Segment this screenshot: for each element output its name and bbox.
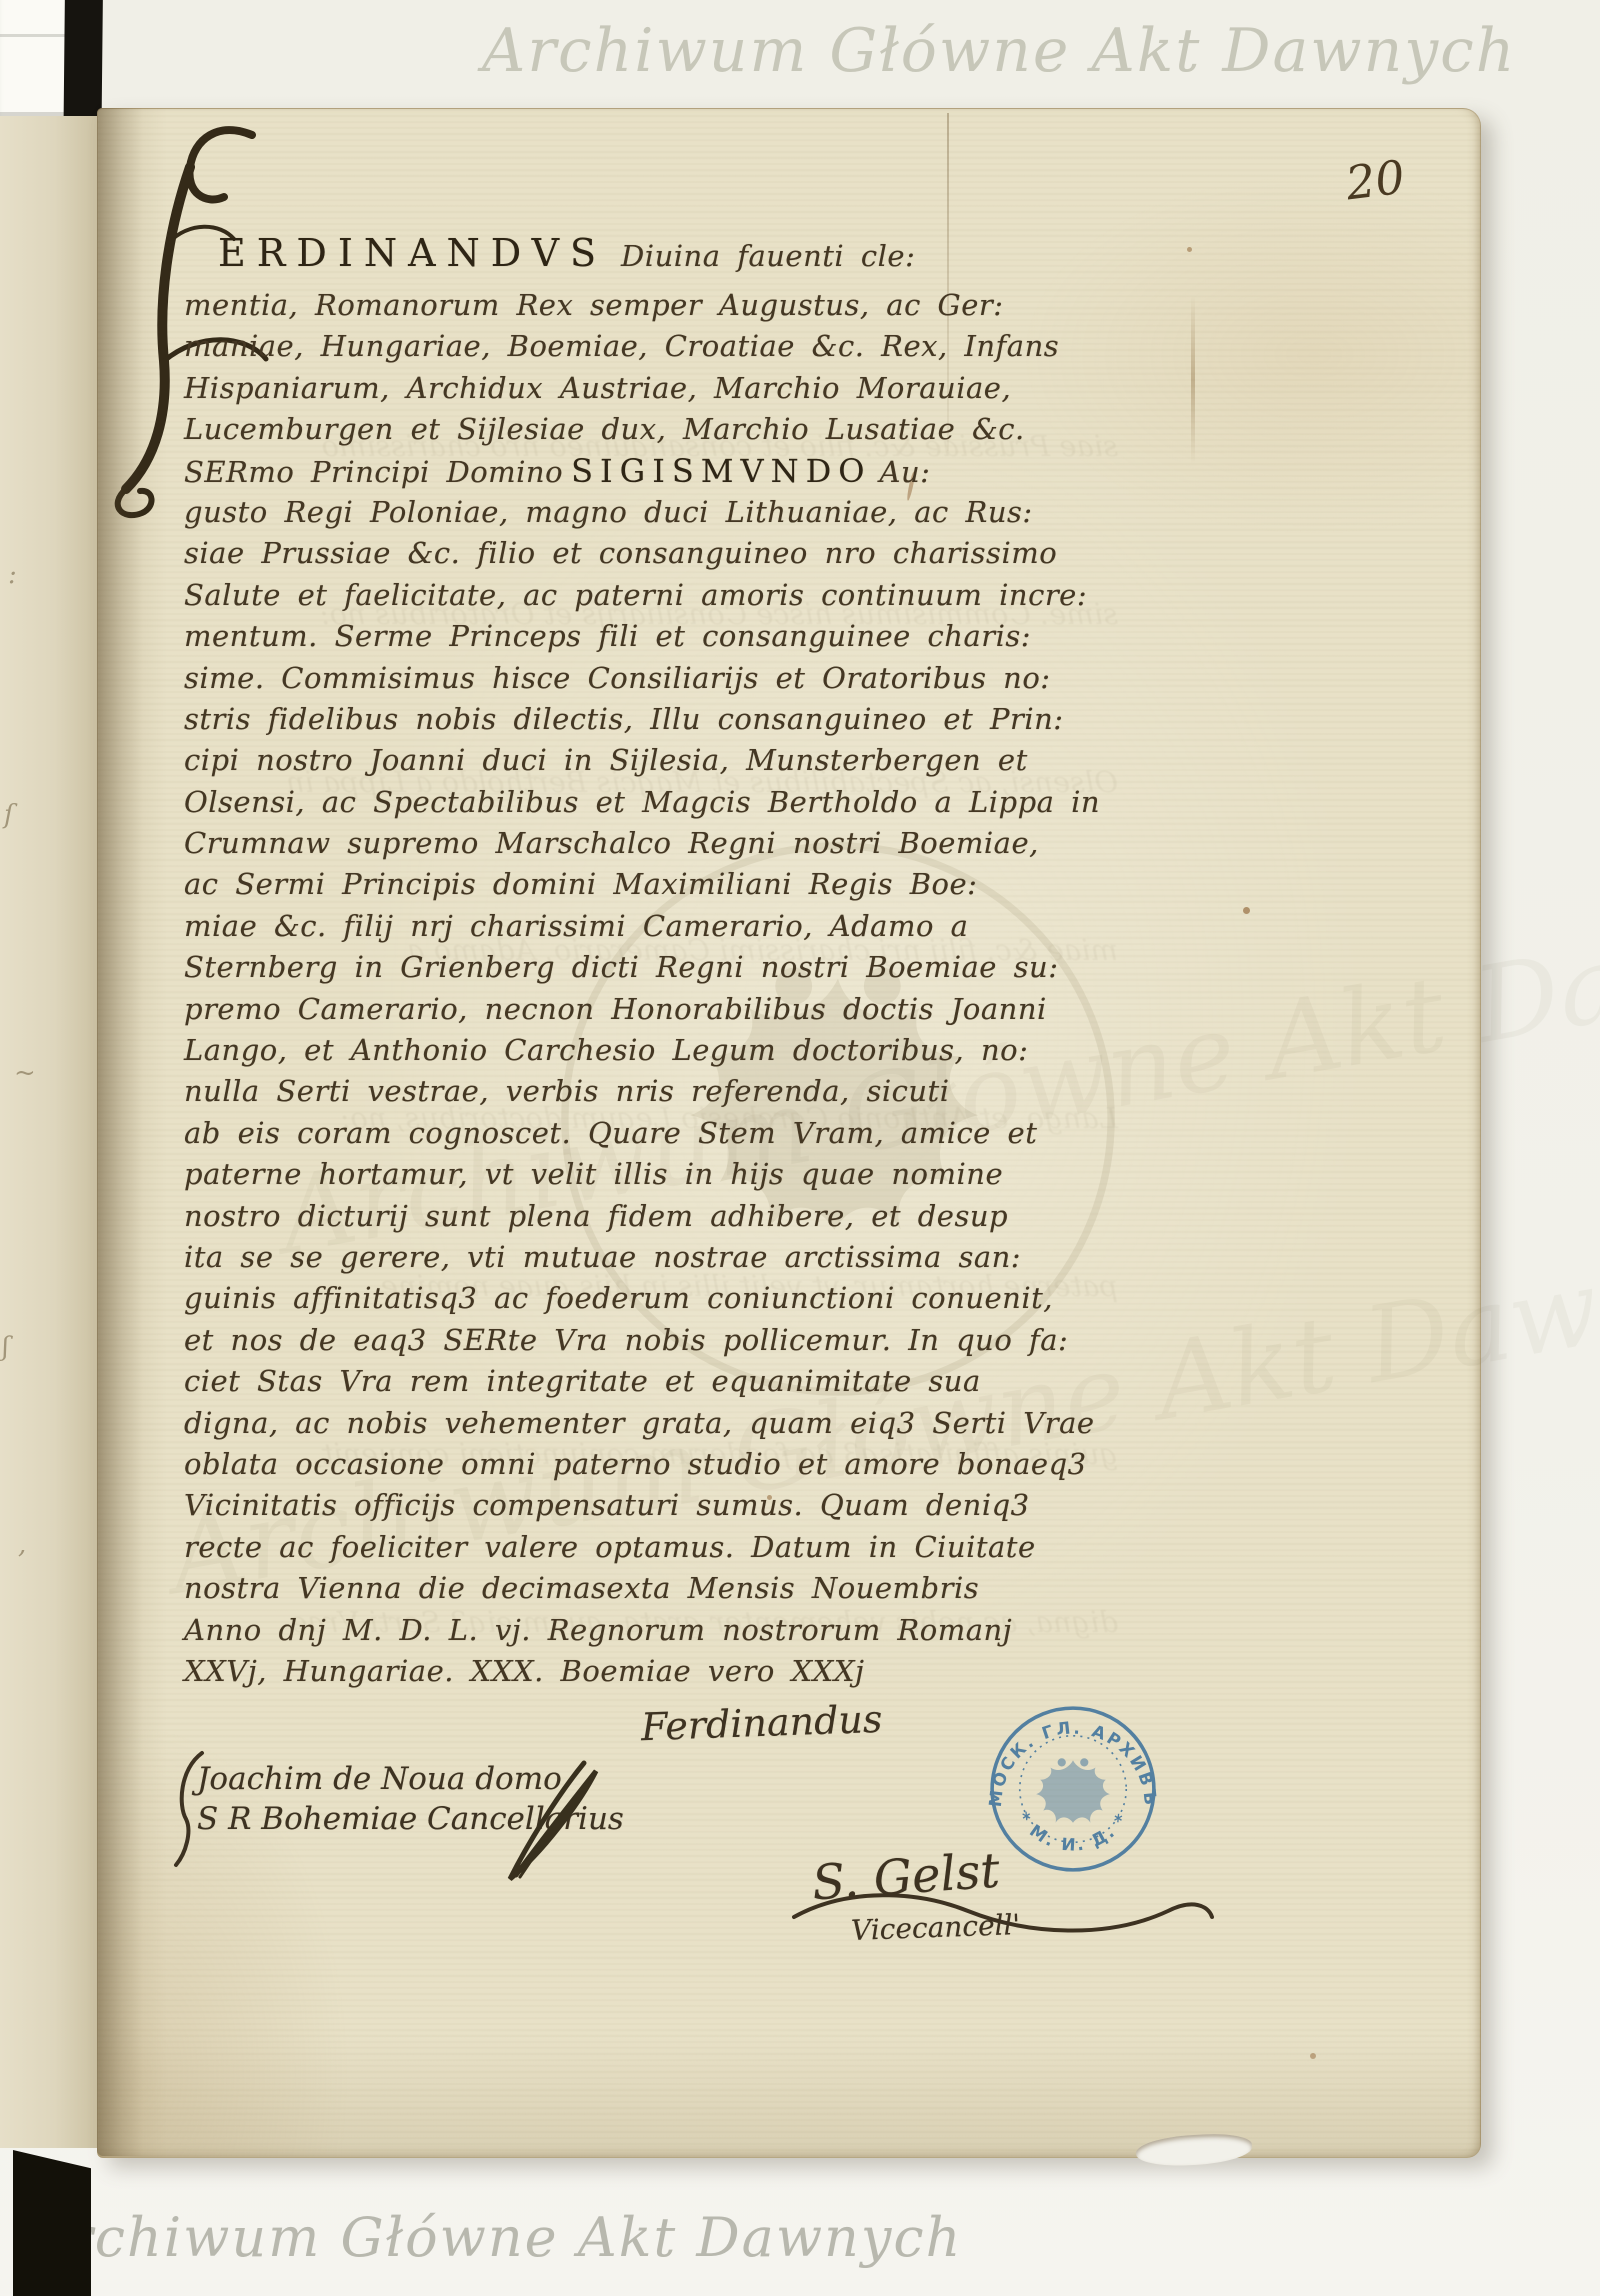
manuscript-line: nostro dicturij sunt plena fidem adhiber…	[184, 1196, 1144, 1237]
page-number: 20	[1343, 150, 1408, 211]
chancellor-pen-flourish-icon	[496, 1757, 606, 1887]
manuscript-line: recte ac foeliciter valere optamus. Datu…	[184, 1527, 1144, 1568]
line-text: Sternberg in Grienberg dicti Regni nostr…	[184, 950, 1058, 984]
line-text: mentia, Romanorum Rex semper Augustus, a…	[184, 288, 1004, 322]
line-text: Salute et faelicitate, ac paterni amoris…	[184, 578, 1087, 612]
manuscript-line: siae Prussiae &c. filio et consanguineo …	[184, 533, 1144, 574]
line-text: mentum. Serme Princeps fili et consangui…	[184, 619, 1031, 653]
line-text: paterne hortamur, vt velit illis in hijs…	[184, 1157, 1003, 1191]
paper-tear	[1135, 2132, 1252, 2168]
fox-spot	[1243, 907, 1250, 914]
manuscript-line: Sternberg in Grienberg dicti Regni nostr…	[184, 947, 1144, 988]
line-text: nostra Vienna die decimasexta Mensis Nou…	[184, 1571, 979, 1605]
fox-spot	[1310, 2053, 1316, 2059]
line-text: guinis affinitatisq3 ac foederum coniunc…	[184, 1281, 1053, 1315]
manuscript-line: stris fidelibus nobis dilectis, Illu con…	[184, 699, 1144, 740]
line-text: SERmo Principi Domino	[184, 455, 563, 489]
line-text: maniae, Hungariae, Boemiae, Croatiae &c.…	[184, 329, 1059, 363]
manuscript-line: ac Sermi Principis domini Maximiliani Re…	[184, 864, 1144, 905]
paper-streak	[1191, 295, 1195, 465]
manuscript-line: Olsensi, ac Spectabilibus et Magcis Bert…	[184, 782, 1144, 823]
manuscript-line: cipi nostro Joanni duci in Sijlesia, Mun…	[184, 740, 1144, 781]
previous-page-edge	[0, 116, 99, 2148]
manuscript-line: XXVj, Hungariae. XXX. Boemiae vero XXXj	[184, 1651, 1144, 1692]
manuscript-line: Hispaniarum, Archidux Austriae, Marchio …	[184, 368, 1144, 409]
manuscript-line: mentia, Romanorum Rex semper Augustus, a…	[184, 285, 1144, 326]
line-text: XXVj, Hungariae. XXX. Boemiae vero XXXj	[184, 1654, 864, 1688]
fox-spot	[1187, 247, 1192, 252]
margin-mark: :	[8, 560, 17, 590]
line-text: sime. Commisimus hisce Consiliarijs et O…	[184, 661, 1051, 695]
margin-mark: ~	[14, 1058, 36, 1088]
line-text: Anno dnj M. D. L. vj. Regnorum nostrorum…	[184, 1613, 1012, 1647]
manuscript-line: ERDINANDVSDiuina fauenti cle:	[184, 221, 1144, 285]
line-text: cipi nostro Joanni duci in Sijlesia, Mun…	[184, 743, 1028, 777]
manuscript-line: guinis affinitatisq3 ac foederum coniunc…	[184, 1278, 1144, 1319]
margin-mark: ,	[18, 1530, 26, 1560]
manuscript-line: nulla Serti vestrae, verbis nris referen…	[184, 1071, 1144, 1112]
stamp-eagle-icon	[1036, 1758, 1110, 1823]
manuscript-line: nostra Vienna die decimasexta Mensis Nou…	[184, 1568, 1144, 1609]
line-text: SIGISMVNDO	[571, 452, 871, 490]
manuscript-line: et nos de eaq3 SERte Vra nobis pollicemu…	[184, 1320, 1144, 1361]
manuscript-line: Lucemburgen et Sijlesiae dux, Marchio Lu…	[184, 409, 1144, 450]
signature-ferdinand: Ferdinandus	[640, 1697, 883, 1749]
line-text: Hispaniarum, Archidux Austriae, Marchio …	[184, 371, 1011, 405]
line-text: siae Prussiae &c. filio et consanguineo …	[184, 536, 1057, 570]
manuscript-line: Lango, et Anthonio Carchesio Legum docto…	[184, 1030, 1144, 1071]
manuscript-line: gusto Regi Poloniae, magno duci Lithuani…	[184, 492, 1144, 533]
line-text: oblata occasione omni paterno studio et …	[184, 1447, 1087, 1481]
chancellor-brace-flourish-icon	[172, 1749, 208, 1869]
binding-tape-bottom	[13, 2147, 91, 2296]
line-text: ac Sermi Principis domini Maximiliani Re…	[184, 867, 977, 901]
manuscript-line: Anno dnj M. D. L. vj. Regnorum nostrorum…	[184, 1610, 1144, 1651]
manuscript-line: SERmo Principi DominoSIGISMVNDOAu:	[184, 451, 1144, 492]
manuscript-line: ita se se gerere, vti mutuae nostrae arc…	[184, 1237, 1144, 1278]
manuscript-line: digna, ac nobis vehementer grata, quam e…	[184, 1403, 1144, 1444]
line-text: Olsensi, ac Spectabilibus et Magcis Bert…	[184, 785, 1100, 819]
line-text: Lucemburgen et Sijlesiae dux, Marchio Lu…	[184, 412, 1025, 446]
manuscript-line: premo Camerario, necnon Honorabilibus do…	[184, 989, 1144, 1030]
line-text: digna, ac nobis vehementer grata, quam e…	[184, 1406, 1095, 1440]
scanned-document: Archiwum Główne Akt Dawnych Archiwum Głó…	[0, 0, 1600, 2296]
line-text: nulla Serti vestrae, verbis nris referen…	[184, 1074, 949, 1108]
manuscript-line: Salute et faelicitate, ac paterni amoris…	[184, 575, 1144, 616]
line-text: Vicinitatis officijs compensaturi sumus.…	[184, 1488, 1030, 1522]
line-text: gusto Regi Poloniae, magno duci Lithuani…	[184, 495, 1033, 529]
line-text: ciet Stas Vra rem integritate et equanim…	[184, 1364, 981, 1398]
line-text: nostro dicturij sunt plena fidem adhiber…	[184, 1199, 1008, 1233]
line-text: ita se se gerere, vti mutuae nostrae arc…	[184, 1240, 1021, 1274]
margin-mark: ʃ	[2, 1332, 9, 1362]
manuscript-line: paterne hortamur, vt velit illis in hijs…	[184, 1154, 1144, 1195]
manuscript-line: miae &c. filij nrj charissimi Camerario,…	[184, 906, 1144, 947]
archive-stamp: МОСК. ГЛ. АРХИВЪ * М. И. Д. *	[987, 1703, 1159, 1875]
line-text: miae &c. filij nrj charissimi Camerario,…	[184, 909, 968, 943]
manuscript-line: Vicinitatis officijs compensaturi sumus.…	[184, 1485, 1144, 1526]
manuscript-line: maniae, Hungariae, Boemiae, Croatiae &c.…	[184, 326, 1144, 367]
line-text: Au:	[880, 455, 931, 489]
manuscript-page: siae Prussiae &c. filio et consanguineo …	[97, 108, 1481, 2158]
line-text: ab eis coram cognoscet. Quare Stem Vram,…	[184, 1116, 1037, 1150]
line-text: et nos de eaq3 SERte Vra nobis pollicemu…	[184, 1323, 1068, 1357]
manuscript-line: oblata occasione omni paterno studio et …	[184, 1444, 1144, 1485]
text-block: ERDINANDVSDiuina fauenti cle:mentia, Rom…	[184, 221, 1144, 1692]
line-text: Crumnaw supremo Marschalco Regni nostri …	[184, 826, 1039, 860]
archive-watermark-bottom: Archiwum Główne Akt Dawnych	[26, 2206, 962, 2269]
archive-watermark-top: Archiwum Główne Akt Dawnych	[482, 16, 1516, 86]
manuscript-line: Crumnaw supremo Marschalco Regni nostri …	[184, 823, 1144, 864]
line-text: stris fidelibus nobis dilectis, Illu con…	[184, 702, 1064, 736]
line-text: recte ac foeliciter valere optamus. Datu…	[184, 1530, 1036, 1564]
manuscript-line: ab eis coram cognoscet. Quare Stem Vram,…	[184, 1113, 1144, 1154]
manuscript-line: ciet Stas Vra rem integritate et equanim…	[184, 1361, 1144, 1402]
line-text: Diuina fauenti cle:	[621, 239, 915, 273]
line-text: ERDINANDVS	[218, 231, 607, 275]
vice-chancellor-title: Vicecancell'	[850, 1908, 1020, 1947]
manuscript-line: sime. Commisimus hisce Consiliarijs et O…	[184, 658, 1144, 699]
line-text: premo Camerario, necnon Honorabilibus do…	[184, 992, 1047, 1026]
line-text: Lango, et Anthonio Carchesio Legum docto…	[184, 1033, 1028, 1067]
margin-mark: ſ	[4, 800, 14, 830]
manuscript-line: mentum. Serme Princeps fili et consangui…	[184, 616, 1144, 657]
